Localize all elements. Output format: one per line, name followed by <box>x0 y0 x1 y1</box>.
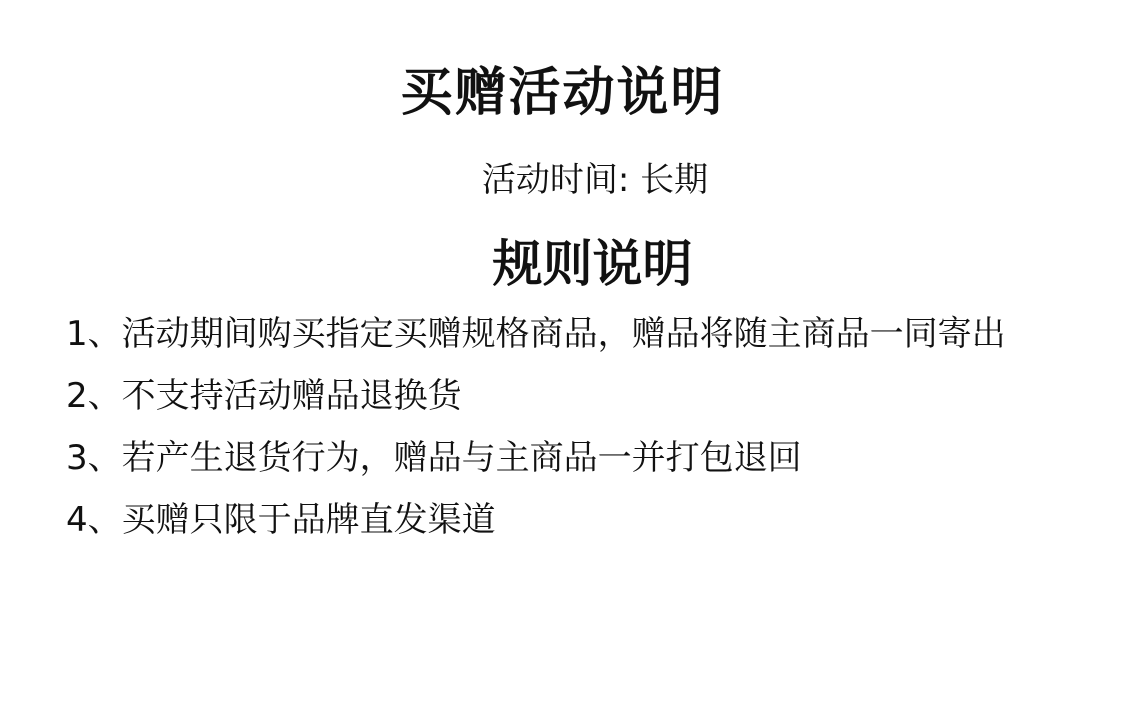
rules-list: 1、活动期间购买指定买赠规格商品，赠品将随主商品一同寄出 2、不支持活动赠品退换… <box>66 303 1006 551</box>
activity-time-label: 活动时间: <box>482 160 640 200</box>
rules-heading: 规则说明 <box>0 232 1125 296</box>
rule-item: 2、不支持活动赠品退换货 <box>66 365 1006 427</box>
activity-time-value: 长期 <box>640 160 708 200</box>
activity-time: 活动时间: 长期 <box>0 156 1125 204</box>
rule-item: 3、若产生退货行为，赠品与主商品一并打包退回 <box>66 427 1006 489</box>
rule-item: 4、买赠只限于品牌直发渠道 <box>66 489 1006 551</box>
page-title: 买赠活动说明 <box>0 60 1125 126</box>
rule-item: 1、活动期间购买指定买赠规格商品，赠品将随主商品一同寄出 <box>66 303 1006 365</box>
